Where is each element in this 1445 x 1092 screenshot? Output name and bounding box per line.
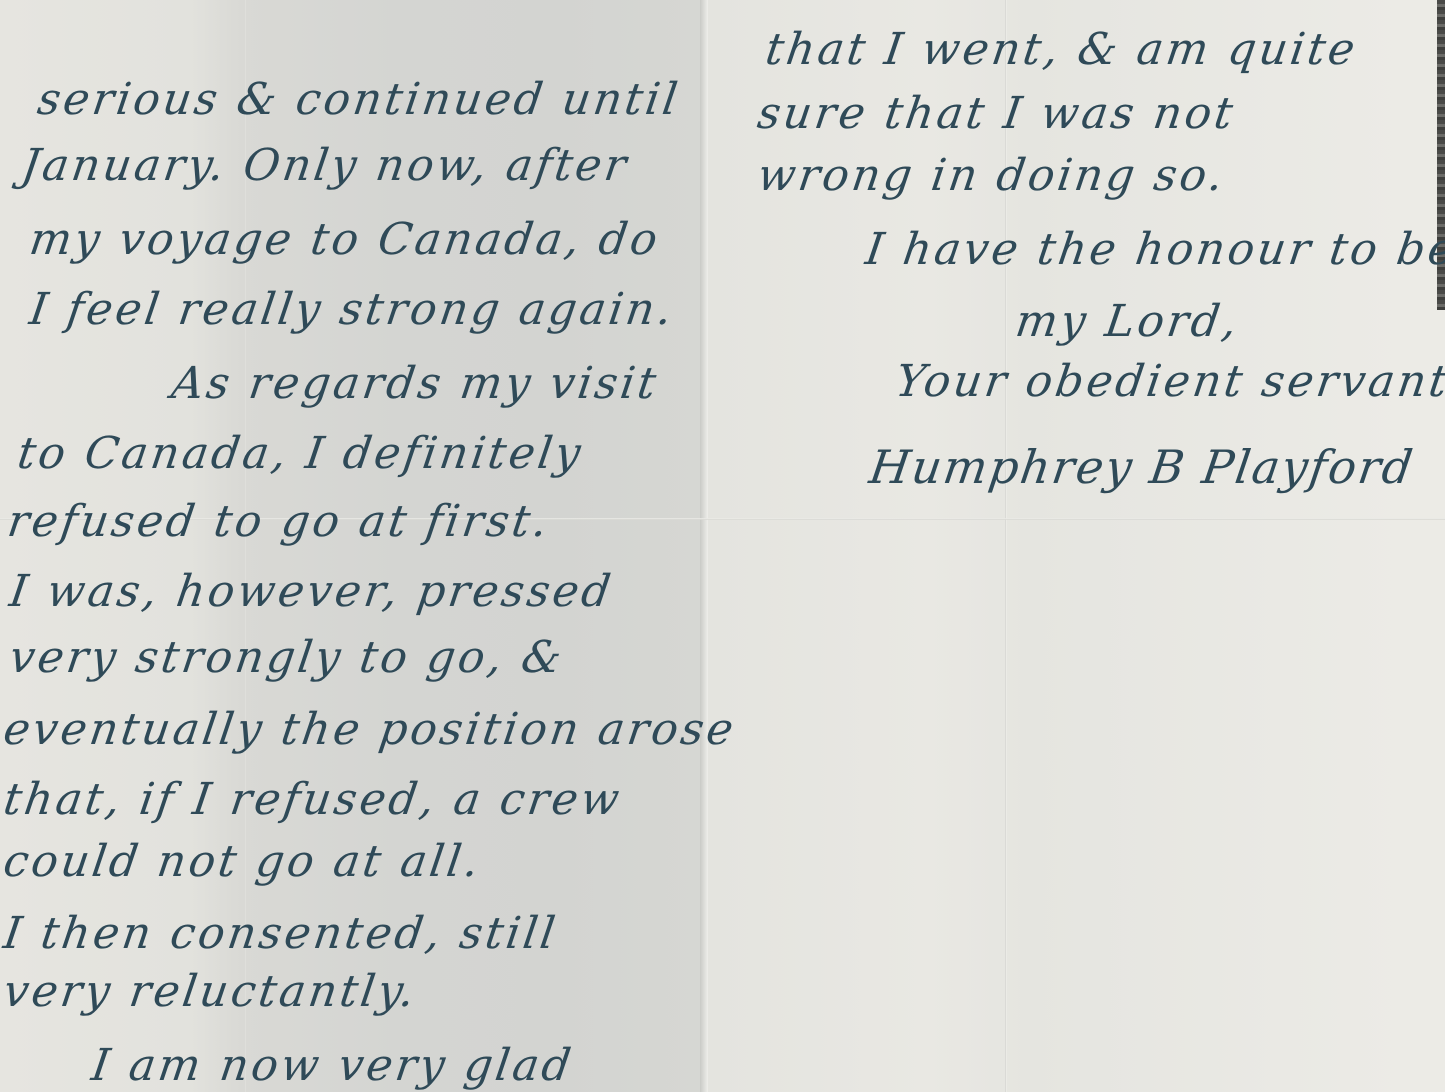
page-edge <box>700 0 708 1092</box>
letter-line: that I went, & am quite <box>762 24 1361 75</box>
letter-photo: serious & continued until January. Only … <box>0 0 1445 1092</box>
letter-line: eventually the position arose <box>0 704 739 755</box>
closing-line: Your obedient servant, <box>892 356 1445 407</box>
letter-line: very strongly to go, & <box>6 632 567 683</box>
letter-line: very reluctantly. <box>0 966 420 1017</box>
letter-line: could not go at all. <box>0 836 484 887</box>
letter-line: wrong in doing so. <box>754 150 1229 201</box>
letter-line: my voyage to Canada, do <box>26 214 663 265</box>
letter-line: refused to go at first. <box>4 496 553 547</box>
closing-salutation: my Lord, <box>1012 296 1243 347</box>
letter-line: I then consented, still <box>0 908 561 959</box>
letter-line: As regards my visit <box>168 358 662 409</box>
letter-line: that, if I refused, a crew <box>0 774 625 825</box>
letter-line: sure that I was not <box>754 88 1238 139</box>
letter-line: serious & continued until <box>34 74 683 125</box>
letter-line: to Canada, I definitely <box>14 428 586 479</box>
letter-line: January. Only now, after <box>18 140 632 191</box>
letter-line: I was, however, pressed <box>6 566 616 617</box>
letter-line: I am now very glad <box>88 1040 576 1091</box>
letter-line: I feel really strong again. <box>26 284 678 335</box>
signature: Humphrey B Playford <box>866 440 1418 494</box>
closing-line: I have the honour to be, <box>862 224 1445 275</box>
